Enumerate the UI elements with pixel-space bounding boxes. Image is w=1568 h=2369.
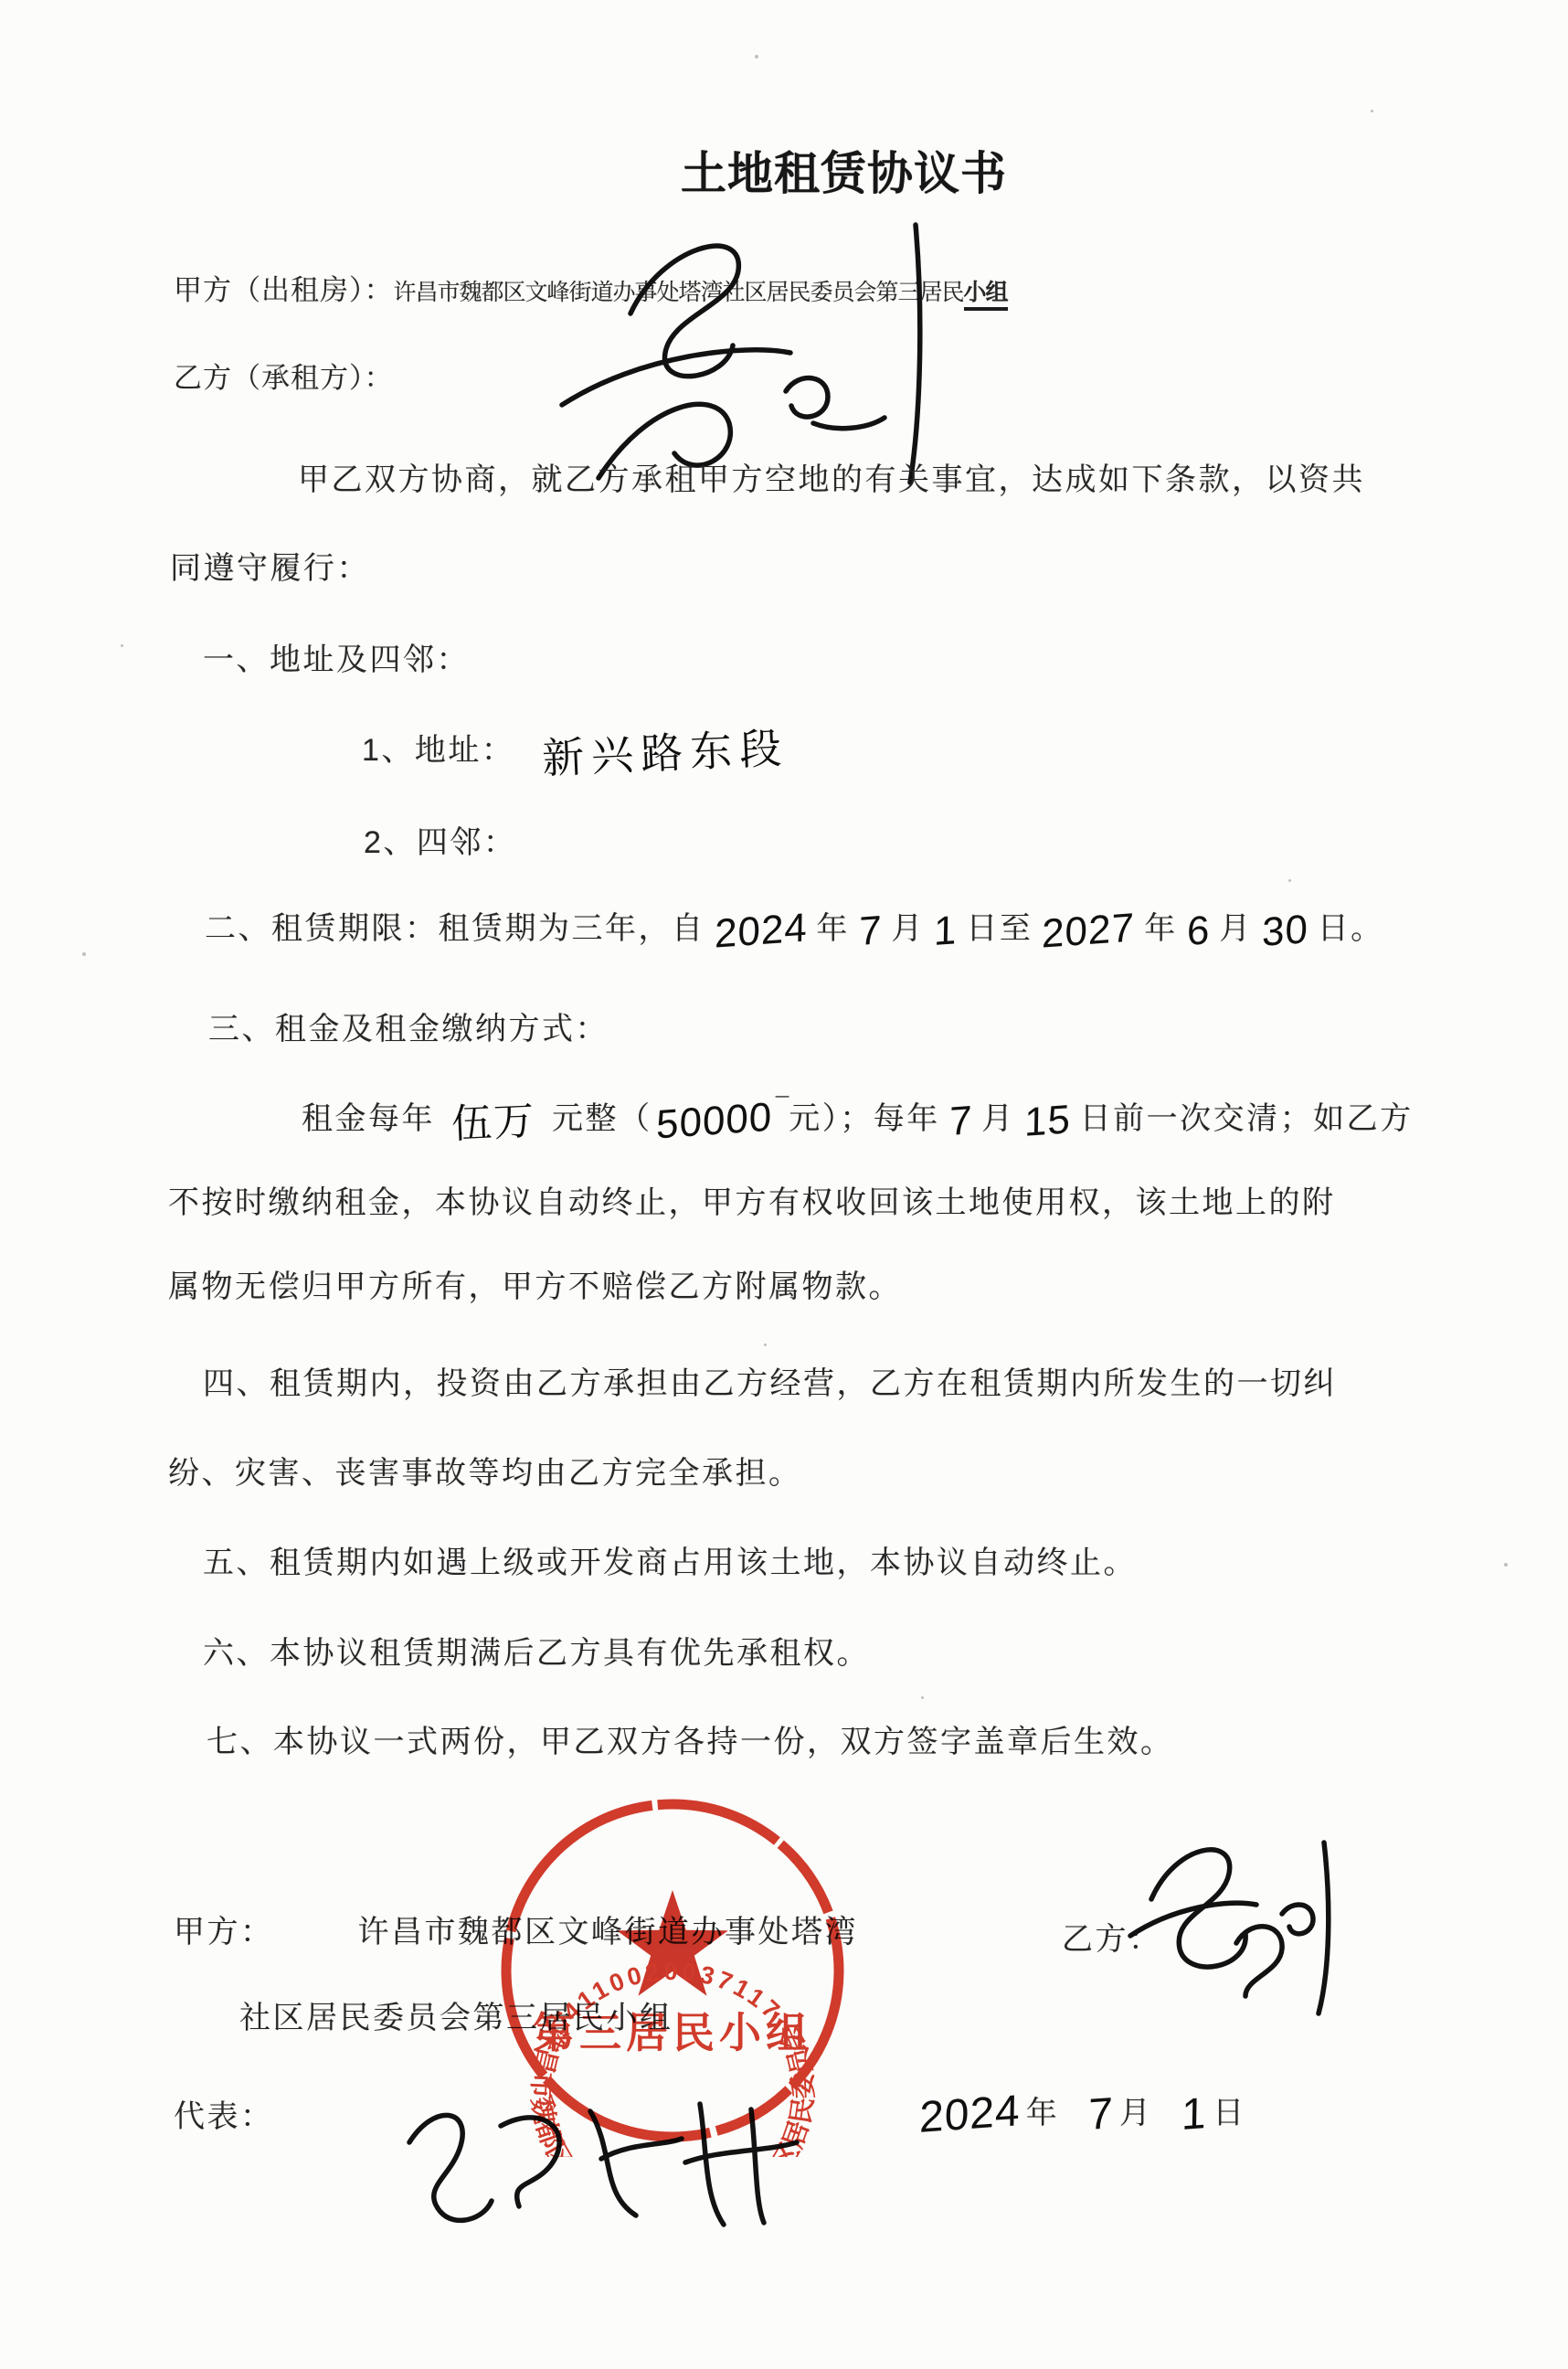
party-a-value-tail: 小组 <box>964 280 1008 311</box>
clause-2-suffix: 日。 <box>1318 911 1384 946</box>
end-month-handwritten: 6 <box>1186 908 1210 955</box>
party-b-line: 乙方（承租方）： <box>174 355 394 396</box>
month-char-2: 月 <box>1219 911 1253 946</box>
clause-4-line-1: 四、租赁期内，投资由乙方承担由乙方经营，乙方在租赁期内所发生的一切纠 <box>203 1358 1337 1403</box>
intro-line-1: 甲乙双方协商，就乙方承租甲方空地的有关事宜，达成如下条款，以资共 <box>298 454 1365 499</box>
official-red-seal: 许昌市魏都区文峰街道办事处塔湾社区居民委员会 第三居民小组 4110020037… <box>493 1791 852 2157</box>
rent-line-3: 属物无偿归甲方所有，甲方不赔偿乙方附属物款。 <box>168 1261 902 1306</box>
scan-speck <box>82 952 86 956</box>
rent-line-2: 不按时缴纳租金，本协议自动终止，甲方有权收回该土地使用权，该土地上的附 <box>168 1177 1336 1222</box>
address-label: 1、地址： <box>362 733 514 768</box>
date-year-handwritten: 2024 <box>919 2086 1021 2143</box>
month-char: 月 <box>891 911 925 946</box>
rent-amount-figures-handwritten: 50000 <box>655 1094 772 1148</box>
clause-3-heading: 三、租金及租金缴纳方式： <box>208 1004 609 1048</box>
address-handwritten-value: 新兴路东段 <box>541 715 790 786</box>
scan-speck <box>1288 879 1291 882</box>
date-year-char: 年 <box>1026 2096 1060 2130</box>
date-day-handwritten: 1 <box>1181 2088 1208 2141</box>
rent-amount-chinese-handwritten: 伍万 <box>450 1088 537 1150</box>
end-day-handwritten: 30 <box>1261 907 1308 956</box>
rent-suffix: 日前一次交清；如乙方 <box>1080 1101 1414 1136</box>
date-day-char: 日 <box>1213 2096 1246 2130</box>
start-year-handwritten: 2024 <box>714 905 808 957</box>
rent-prefix: 租金每年 <box>302 1101 435 1136</box>
clause-4-line-2: 纷、灾害、丧害事故等均由乙方完全承担。 <box>168 1448 802 1493</box>
start-day-handwritten: 1 <box>933 908 957 955</box>
footer-party-a-label: 甲方： <box>174 1915 274 1949</box>
scan-speck <box>121 644 123 647</box>
scanned-document-page: 土地租赁协议书 甲方（出租房）：许昌市魏都区文峰街道办事处塔湾社区居民委员会第三… <box>0 0 1568 2369</box>
rent-line-1: 租金每年伍万元整（50000¯元）；每年7月15日前一次交清；如乙方 <box>302 1089 1414 1148</box>
scan-speck <box>1504 1563 1508 1567</box>
clause-1-item-2: 2、四邻： <box>364 817 516 862</box>
party-b-label: 乙方（承租方）： <box>174 362 394 394</box>
end-year-handwritten: 2027 <box>1042 905 1136 957</box>
date-month-char: 月 <box>1119 2096 1153 2130</box>
party-b-signature-bottom <box>1119 1826 1357 2023</box>
clause-1-item-1: 1、地址：新兴路东段 <box>362 720 789 781</box>
footer-representative-line: 代表： <box>174 2091 274 2136</box>
party-b-signature-top <box>512 208 941 492</box>
year-char-2: 年 <box>1144 911 1178 946</box>
document-title: 土地租赁协议书 <box>681 137 1007 203</box>
scan-speck <box>921 1696 924 1699</box>
scan-speck <box>1371 110 1373 112</box>
start-month-handwritten: 7 <box>858 908 882 955</box>
rent-figures-mark: ¯ <box>776 1092 789 1120</box>
pay-month-char: 月 <box>981 1101 1015 1136</box>
date-month-handwritten: 7 <box>1088 2088 1115 2141</box>
clause-5-line: 五、租赁期内如遇上级或开发商占用该土地，本协议自动终止。 <box>203 1537 1137 1582</box>
clause-2-prefix: 二、租赁期限：租赁期为三年，自 <box>205 911 705 946</box>
scan-speck <box>755 55 758 58</box>
clause-1-heading: 一、地址及四邻： <box>203 634 470 679</box>
clause-2-middle: 日至 <box>966 911 1033 946</box>
clause-6-line: 六、本协议租赁期满后乙方具有优先承租权。 <box>203 1628 870 1673</box>
clause-7-line: 七、本协议一式两份，甲乙双方各持一份，双方签字盖章后生效。 <box>207 1716 1174 1761</box>
rent-mid-1: 元整（ <box>552 1101 652 1136</box>
party-a-label: 甲方（出租房）： <box>174 274 394 306</box>
clause-2-line: 二、租赁期限：租赁期为三年，自2024年7月1日至2027年6月30日。 <box>205 903 1384 954</box>
pay-month-handwritten: 7 <box>948 1098 972 1145</box>
scan-speck <box>764 1344 767 1346</box>
pay-day-handwritten: 15 <box>1023 1097 1071 1146</box>
year-char: 年 <box>816 911 850 946</box>
footer-date-line: 2024年7月1日 <box>914 2087 1246 2140</box>
intro-line-2: 同遵守履行： <box>170 543 370 588</box>
rent-mid-2: 元）；每年 <box>789 1101 940 1136</box>
